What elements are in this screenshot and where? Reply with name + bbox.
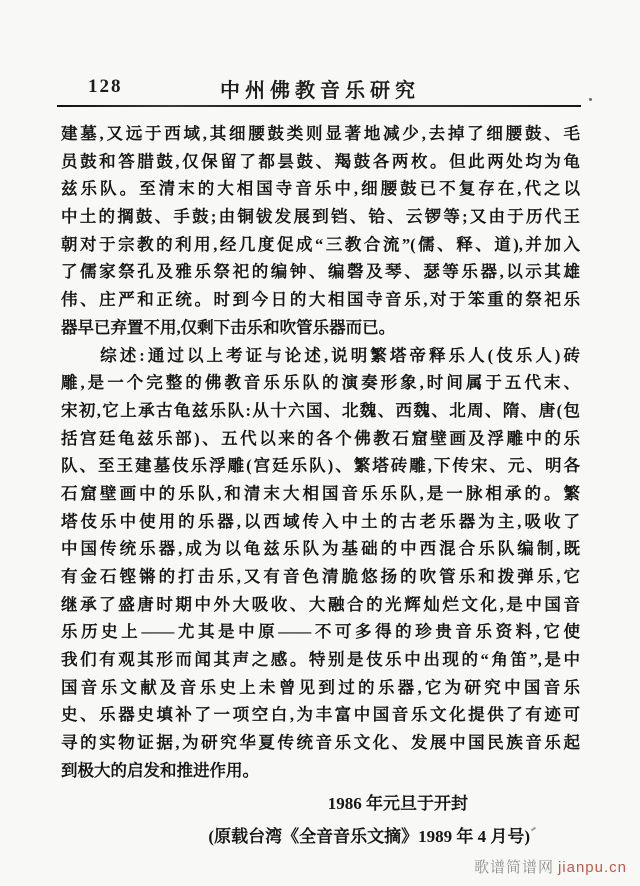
text-line: 塔伎乐中使用的乐器,以西域传入中土的古老乐器为主,吸收了 (61, 508, 580, 536)
text-line: 兹乐队。至清末的大相国寺音乐中,细腰鼓已不复存在,代之以 (61, 175, 580, 203)
signature-block: 1986 年元旦于开封 (原载台湾《全音音乐文摘》1989 年 4 月号) (61, 789, 580, 847)
text-line: 了儒家祭孔及雅乐祭祀的编钟、编磬及琴、瑟等乐器,以示其雄 (61, 258, 580, 286)
text-line: 宋初,它上承古龟兹乐队:从十六国、北魏、西魏、北周、隋、唐(包 (61, 397, 580, 425)
scanned-book-page: 128 中州佛教音乐研究 建墓,又远于西域,其细腰鼓类则显著地减少,去掉了细腰鼓… (0, 0, 640, 886)
text-line: 员鼓和答腊鼓,仅保留了都昙鼓、羯鼓各两枚。但此两处均为龟 (61, 148, 580, 176)
text-line: 石窟壁画中的乐队,和清末大相国音乐乐队,是一脉相承的。繁 (61, 480, 580, 508)
text-line: 伟、庄严和正统。时到今日的大相国寺音乐,对于笨重的祭祀乐 (61, 286, 580, 314)
text-line: 史、乐器史填补了一项空白,为丰富中国音乐文化提供了有迹可 (61, 701, 580, 729)
header-rule (57, 105, 581, 107)
signature-date-place: 1986 年元旦于开封 (61, 789, 580, 814)
text-line: 雕,是一个完整的佛教音乐乐队的演奏形象,时间属于五代末、 (61, 369, 580, 397)
text-line: 我们有观其形而闻其声之感。特别是伎乐中出现的“角笛”,是中 (61, 646, 580, 674)
running-header-title: 中州佛教音乐研究 (0, 74, 640, 103)
text-line: 继承了盛唐时期中外大吸收、大融合的光辉灿烂文化,是中国音 (61, 591, 580, 619)
watermark-site-url: jianpu.cn (558, 859, 627, 876)
text-line: 建墓,又远于西域,其细腰鼓类则显著地减少,去掉了细腰鼓、毛 (61, 120, 580, 148)
text-line: 中土的掆鼓、手鼓;由铜钹发展到铛、铪、云锣等;又由于历代王 (61, 203, 580, 231)
text-line: 有金石铿锵的打击乐,又有音色清脆悠扬的吹管乐和拨弹乐,它 (61, 563, 580, 591)
text-line: 到极大的启发和推进作用。 (61, 757, 580, 785)
watermark: 歌谱简谱网jianpu.cn (474, 856, 627, 877)
text-line: 朝对于宗教的利用,经几度促成“三教合流”(儒、释、道),并加入 (61, 231, 580, 259)
signature-source-note: (原载台湾《全音音乐文摘》1989 年 4 月号) (61, 822, 580, 847)
text-line: 寻的实物证据,为研究华夏传统音乐文化、发展中国民族音乐起 (61, 729, 580, 757)
text-line: 器早已弃置不用,仅剩下击乐和吹管乐器而已。 (61, 314, 580, 342)
text-line: 乐历史上——尤其是中原——不可多得的珍贵音乐资料,它使 (61, 618, 580, 646)
text-line: 国音乐文献及音乐史上未曾见到过的乐器,它为研究中国音乐 (61, 674, 580, 702)
text-line: 中国传统乐器,成为以龟兹乐队为基础的中西混合乐队编制,既 (61, 535, 580, 563)
body-text: 建墓,又远于西域,其细腰鼓类则显著地减少,去掉了细腰鼓、毛 员鼓和答腊鼓,仅保留… (61, 120, 580, 785)
text-line: 综述:通过以上考证与论述,说明繁塔帝释乐人(伎乐人)砖 (61, 342, 580, 370)
text-line: 队、至王建墓伎乐浮雕(宫廷乐队)、繁塔砖雕,下传宋、元、明各 (61, 452, 580, 480)
scan-artifact-dot (589, 98, 592, 101)
text-line: 括宫廷龟兹乐部)、五代以来的各个佛教石窟壁画及浮雕中的乐 (61, 425, 580, 453)
watermark-site-name: 歌谱简谱网 (474, 859, 554, 876)
